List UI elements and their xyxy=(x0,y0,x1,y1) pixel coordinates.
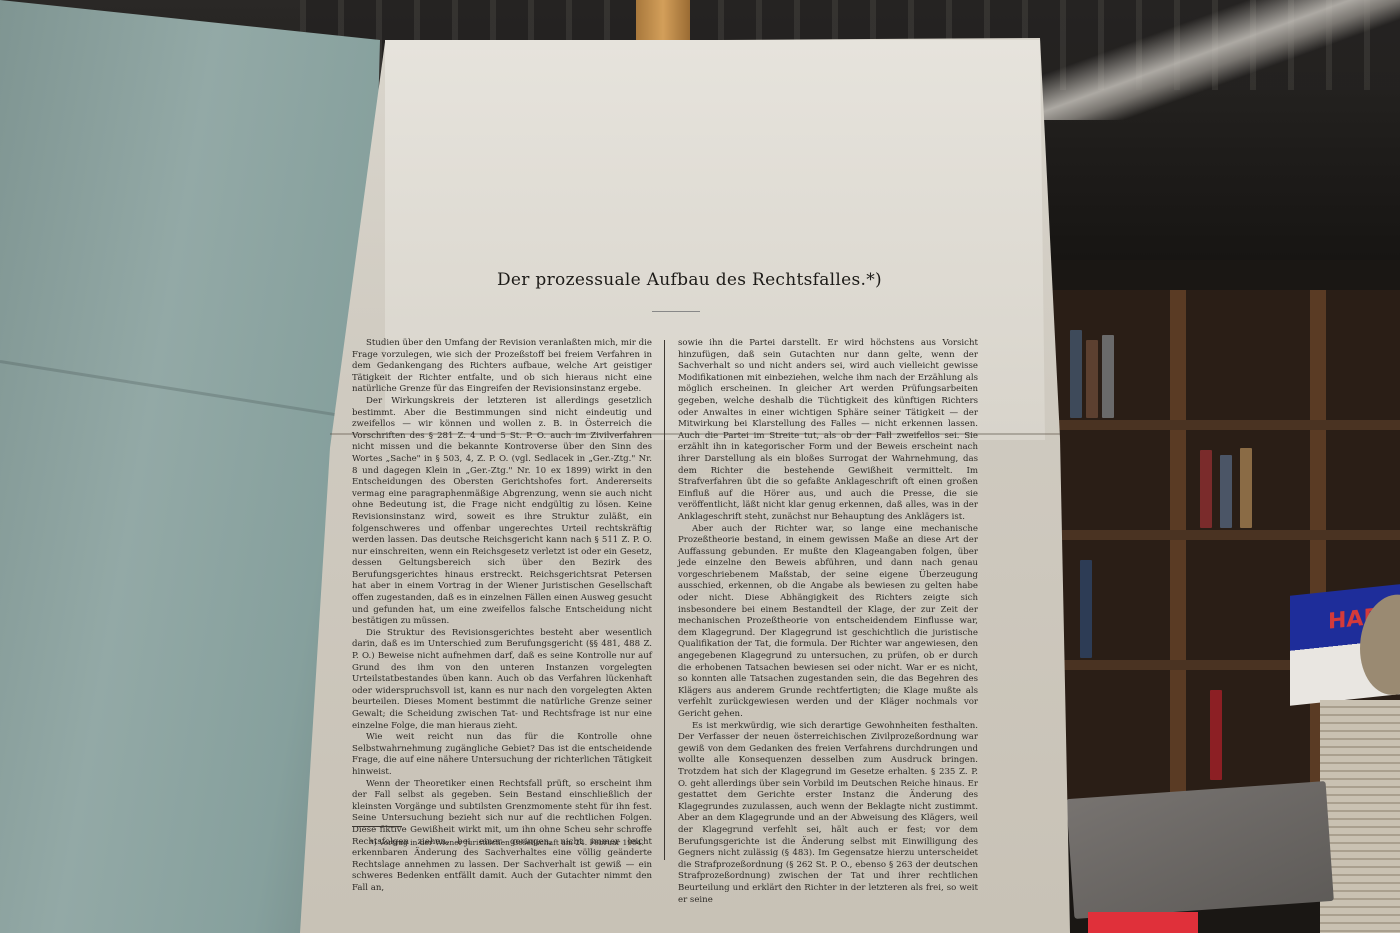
paragraph: Der Wirkungskreis der letzteren ist alle… xyxy=(352,396,652,628)
shelf-book xyxy=(1080,560,1092,658)
shelf-book xyxy=(1086,340,1098,418)
paragraph: Es ist merkwürdig, wie sich derartige Ge… xyxy=(678,721,978,907)
shelf-book xyxy=(1220,455,1232,528)
paragraph: Aber auch der Richter war, so lange eine… xyxy=(678,524,978,721)
paragraph: Wie weit reicht nun das für die Kontroll… xyxy=(352,732,652,778)
gray-book xyxy=(1066,781,1334,919)
footnote-rule xyxy=(352,826,402,827)
paragraph: Die Struktur des Revisionsgerichtes best… xyxy=(352,628,652,732)
ceiling-light xyxy=(1040,0,1400,120)
column-divider xyxy=(664,340,665,860)
paragraph: Wenn der Theoretiker einen Rechtsfall pr… xyxy=(352,779,652,895)
paragraph: Studien über den Umfang der Revision ver… xyxy=(352,338,652,396)
footnote: *) Vortrag in der Wiener Juristischen Ge… xyxy=(370,838,660,847)
shelf-book xyxy=(1102,335,1114,418)
text-column-right: sowie ihn die Partei darstellt. Er wird … xyxy=(678,338,978,906)
shelf-plank xyxy=(1050,530,1400,540)
shelf-plank xyxy=(1050,420,1400,430)
shelf-book xyxy=(1210,690,1222,780)
red-tag xyxy=(1088,912,1198,933)
document-title: Der prozessuale Aufbau des Rechtsfalles.… xyxy=(497,270,882,290)
text-column-left: Studien über den Umfang der Revision ver… xyxy=(352,338,652,895)
photo-scene: HARV Der prozessuale Aufbau des Rechtsfa… xyxy=(0,0,1400,933)
title-rule xyxy=(652,311,700,312)
shelf-book xyxy=(1070,330,1082,418)
shelf-post xyxy=(1170,290,1186,810)
easel-pole xyxy=(636,0,690,40)
shelf-book xyxy=(1200,450,1212,528)
paragraph: sowie ihn die Partei darstellt. Er wird … xyxy=(678,338,978,524)
poster: HARV xyxy=(1290,584,1400,706)
shelf-book xyxy=(1240,448,1252,528)
